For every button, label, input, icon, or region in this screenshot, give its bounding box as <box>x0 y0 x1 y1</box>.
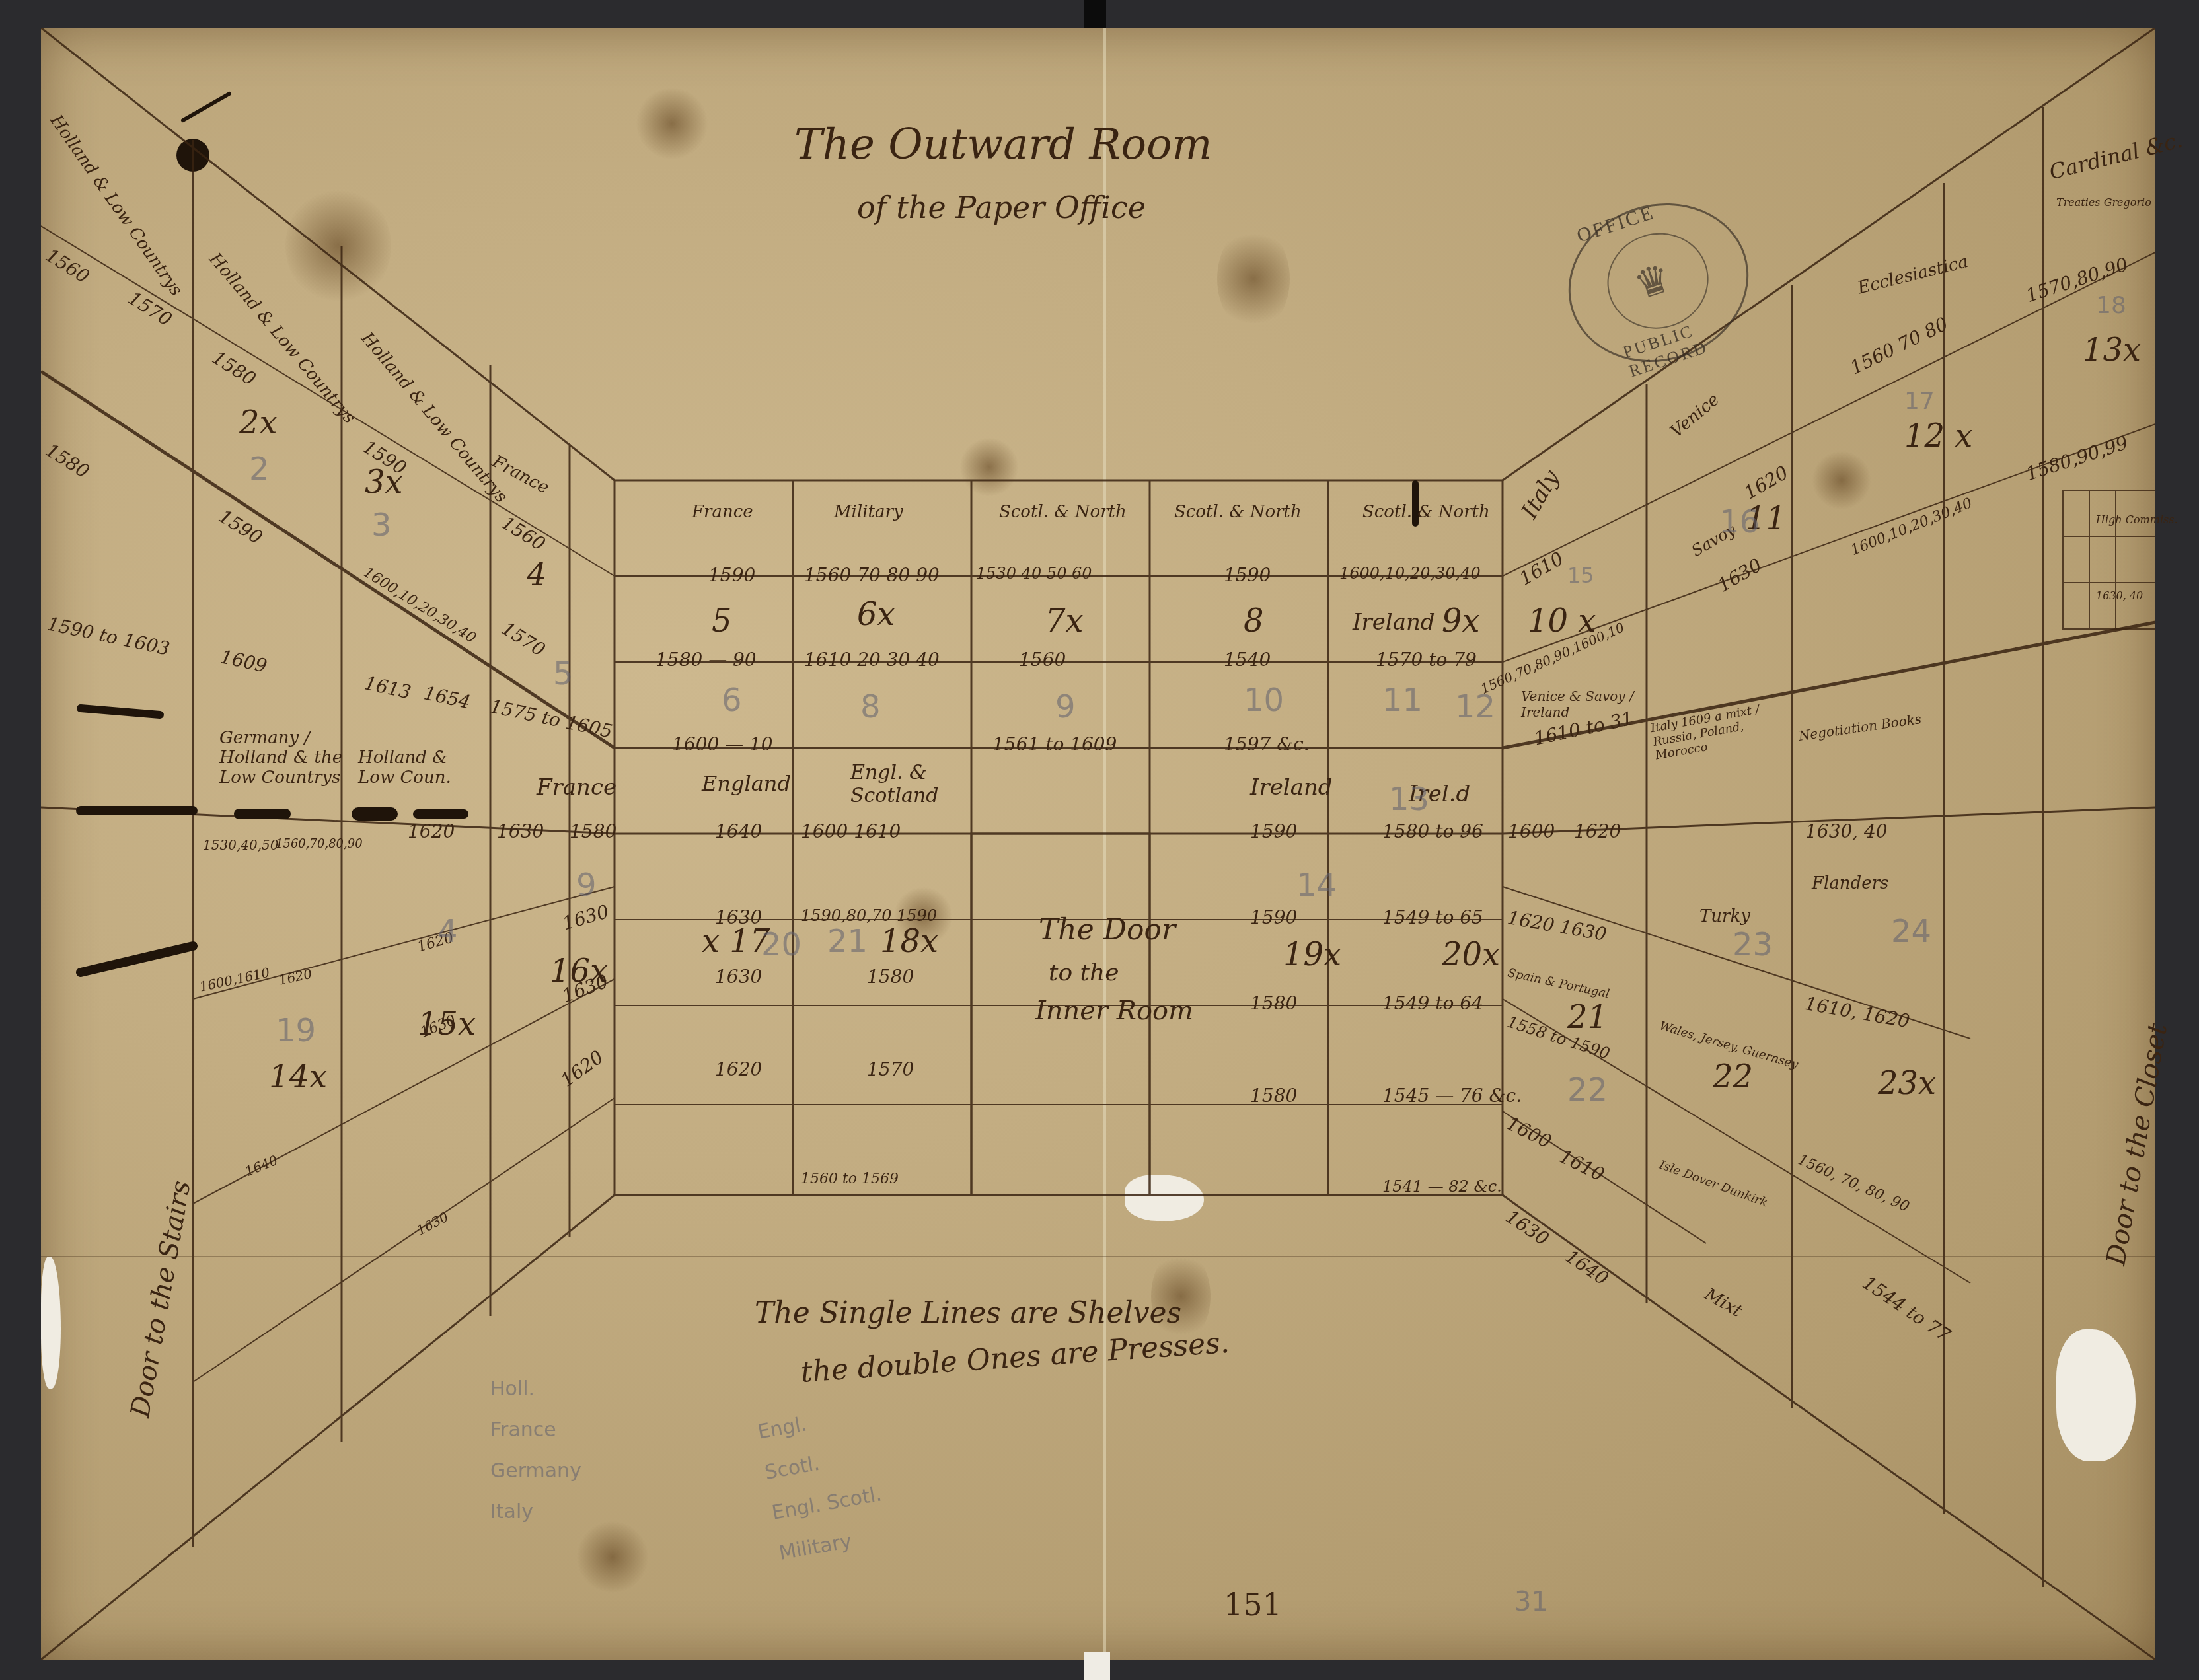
pencil-number: 21 <box>827 923 868 960</box>
pencil-number: 4 <box>437 913 458 950</box>
page-title: The Outward Room <box>794 120 1212 169</box>
press-number: 13x <box>2083 332 2141 369</box>
door-label-line3: Inner Room <box>1035 996 1193 1026</box>
back-col2-date: 1610 20 30 40 <box>804 649 940 671</box>
back-lower-col4-date: 1549 to 65 <box>1382 906 1483 928</box>
back-col4-date: 1540 <box>1224 649 1271 671</box>
press-number: 10 x <box>1528 603 1596 639</box>
press-number: 9x <box>1442 603 1480 639</box>
pencil-number: 14 <box>1296 867 1337 904</box>
back-lower-col4-date: 1541 — 82 &c. <box>1382 1177 1502 1196</box>
back-lower-col4-date: 1545 — 76 &c. <box>1382 1085 1522 1107</box>
back-lower-col3-date: 1590 <box>1250 821 1297 842</box>
cabinet-label: High Commiss. <box>2096 513 2178 526</box>
door-label-line2: to the <box>1049 959 1119 986</box>
pencil-number: 24 <box>1891 913 1931 950</box>
press-number: 21 <box>1567 999 1608 1036</box>
press-number: 16x <box>550 953 608 990</box>
back-lower-col3-date: 1590 <box>1250 906 1297 928</box>
back-col1-date: 1580 — 90 <box>655 649 757 671</box>
press-number: 8 <box>1244 603 1264 639</box>
pencil-number: 11 <box>1382 682 1423 719</box>
pencil-number: 22 <box>1567 1072 1608 1109</box>
back-lower-col1-date: 1630 <box>715 966 762 988</box>
back-col1-date: 1590 <box>708 564 755 586</box>
back-lower-col2-label: Engl. & Scotland <box>850 761 963 807</box>
back-col5-label: Scotl. & North <box>1362 502 1490 522</box>
pencil-number: 15 <box>1567 563 1594 588</box>
back-col5-ireland: Ireland <box>1353 609 1435 636</box>
folio-number-pencil: 31 <box>1514 1587 1548 1617</box>
mount-tab-bottom <box>1084 1652 1110 1680</box>
cabinet-dates: 1630, 40 <box>2096 589 2143 602</box>
door-label-line1: The Door <box>1039 913 1175 947</box>
pencil-list-item: Italy <box>490 1492 581 1533</box>
pencil-list: Holl. France Germany Italy <box>490 1369 581 1533</box>
back-col3-date: 1530 40 50 60 <box>976 564 1092 583</box>
back-col1-label: France <box>692 502 753 522</box>
press-number: 12 x <box>1904 418 1972 455</box>
crown-icon: ♛ <box>1629 254 1677 309</box>
pencil-number: 13 <box>1389 781 1429 818</box>
pencil-number: 19 <box>276 1012 316 1049</box>
pencil-number: 16 <box>1719 503 1760 540</box>
back-lower-col3-label: Ireland <box>1250 774 1333 801</box>
back-col5-date: 1570 to 79 <box>1376 649 1477 671</box>
pencil-number: 3 <box>371 507 392 544</box>
back-lower-col2-date: 1600 1610 <box>801 821 901 842</box>
back-col4-date: 1597 &c. <box>1224 733 1310 755</box>
page-subtitle: of the Paper Office <box>857 190 1146 225</box>
back-lower-col3-date: 1580 <box>1250 992 1297 1014</box>
left-lower-col1-date: 1560,70,80,90 <box>276 837 363 851</box>
press-number: x 17 <box>702 923 770 960</box>
pencil-number: 6 <box>722 682 742 719</box>
back-lower-col2-date: 1560 to 1569 <box>801 1171 899 1187</box>
pencil-number: 18 <box>2096 292 2126 319</box>
back-lower-col2-date: 1570 <box>867 1058 914 1080</box>
press-number: 15x <box>418 1005 476 1042</box>
left-lower-col1-label: Germany / Holland & the Low Countrys <box>219 728 345 787</box>
press-number: 2x <box>239 404 278 441</box>
pencil-number: 23 <box>1733 926 1773 963</box>
press-number: 23x <box>1878 1065 1936 1102</box>
right-lower-col1-date: 1600 <box>1508 821 1555 842</box>
pencil-list-item: France <box>490 1410 581 1451</box>
manuscript-sheet: The Outward Room of the Paper Office OFF… <box>41 28 2155 1660</box>
press-number: 5 <box>712 603 732 639</box>
press-number: 20x <box>1442 936 1500 973</box>
back-col2-date: 1560 70 80 90 <box>804 564 940 586</box>
press-number: 18x <box>880 923 938 960</box>
back-lower-col2-date: 1590,80,70 1590 <box>801 906 937 925</box>
back-lower-col1-date: 1640 <box>715 821 762 842</box>
press-number: 4 <box>527 556 547 593</box>
press-number: 22 <box>1713 1058 1753 1095</box>
left-lower-col3-date: 1630 <box>497 821 544 842</box>
pencil-number: 8 <box>860 688 881 725</box>
back-lower-col3-date: 1580 <box>1250 1085 1297 1107</box>
right-lower-col3-date: 1630, 40 <box>1805 821 1888 842</box>
left-lower-col1-date: 1530,40,50 <box>203 837 279 853</box>
pencil-number: 9 <box>1055 688 1076 725</box>
left-lower-col2-date: 1620 <box>408 821 455 842</box>
back-lower-col1-date: 1620 <box>715 1058 762 1080</box>
right-lower-col1-label: Venice & Savoy / Ireland <box>1521 688 1647 720</box>
folio-number: 151 <box>1224 1587 1282 1623</box>
pencil-number: 2 <box>249 451 270 488</box>
right-lower-col3-sub: Flanders <box>1812 873 1888 893</box>
back-col3-label: Scotl. & North <box>999 502 1127 522</box>
left-lower-col2-label: Holland & Low Coun. <box>358 748 464 787</box>
left-lower-col3-date: 1580 <box>570 821 616 842</box>
back-col2-label: Military <box>834 502 903 522</box>
back-lower-col4-date: 1549 to 64 <box>1382 992 1483 1014</box>
back-col1-date: 1600 — 10 <box>672 733 773 755</box>
pencil-list-item: Germany <box>490 1451 581 1492</box>
pencil-number: 17 <box>1904 388 1935 415</box>
press-number: 3x <box>365 464 403 501</box>
press-number: 7x <box>1045 603 1084 639</box>
press-number: 19x <box>1283 936 1341 973</box>
back-col5-date: 1600,10,20,30,40 <box>1339 564 1481 583</box>
right-lower-col2-sub: Turky <box>1699 906 1750 926</box>
pencil-number: 10 <box>1244 682 1284 719</box>
mount-tab-top <box>1084 0 1106 28</box>
pencil-number: 9 <box>576 867 597 904</box>
press-number: 14x <box>269 1058 327 1095</box>
pencil-number: 5 <box>553 655 574 692</box>
back-col4-date: 1590 <box>1224 564 1271 586</box>
back-col3-date: 1561 to 1609 <box>992 733 1117 755</box>
back-col4-label: Scotl. & North <box>1174 502 1302 522</box>
back-lower-col2-date: 1580 <box>867 966 914 988</box>
left-lower-col3-label: France <box>537 774 616 801</box>
press-number: 6x <box>857 596 895 633</box>
pencil-list-item: Holl. <box>490 1369 581 1410</box>
right-lower-col1-date: 1620 <box>1574 821 1621 842</box>
back-col3-date: 1560 <box>1019 649 1066 671</box>
right-col4-sub: Treaties Gregorio <box>2056 196 2151 209</box>
pencil-number: 20 <box>761 926 801 963</box>
legend-line1: The Single Lines are Shelves <box>755 1296 1181 1330</box>
back-lower-col1-label: England <box>702 771 791 796</box>
back-lower-col4-date: 1580 to 96 <box>1382 821 1483 842</box>
